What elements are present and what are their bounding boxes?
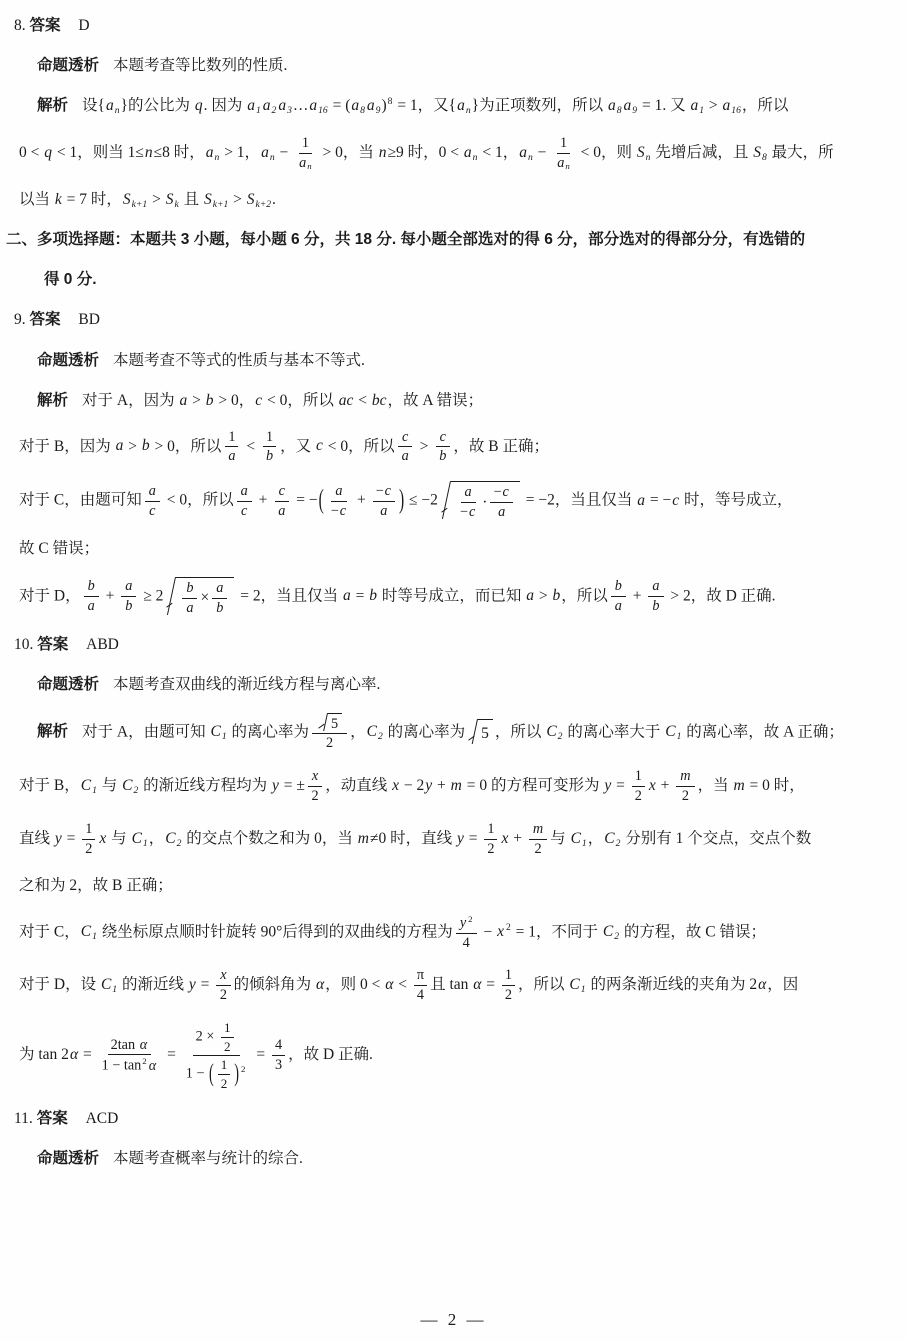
math-variable: b xyxy=(185,580,194,596)
text-run: = − xyxy=(646,492,671,509)
text-run: − xyxy=(534,144,551,161)
fraction: ca xyxy=(274,483,289,520)
text-run: = xyxy=(79,1046,96,1063)
fraction: 12 xyxy=(502,967,515,1004)
math-variable: C xyxy=(603,830,615,847)
radicand: ba × ab xyxy=(176,577,234,617)
text-run: 5 xyxy=(331,716,338,733)
text-run: 2 xyxy=(220,987,227,1003)
text-run: 的离心率，故 A 正确； xyxy=(682,723,843,740)
math-variable: a xyxy=(205,144,215,161)
math-variable: k xyxy=(54,191,63,208)
text-run: ACD xyxy=(82,1110,119,1127)
math-variable: a xyxy=(350,97,360,114)
q8-insight-line: 命题透析本题考查等比数列的性质. xyxy=(0,54,899,78)
math-variable: a xyxy=(246,97,256,114)
text-run: ABD xyxy=(82,636,119,653)
subscript: k+1 xyxy=(132,199,149,210)
math-variable: c xyxy=(384,483,392,499)
fraction: ac xyxy=(145,483,160,520)
bold-label: 答案 xyxy=(37,1110,68,1127)
q10-analysis-line-c: 对于 C，C1 绕坐标原点顺时针旋转 90°后得到的双曲线的方程为y24 − x… xyxy=(0,914,899,952)
text-run: 对于 A，因为 xyxy=(82,392,178,409)
fraction-denominator: a xyxy=(84,597,99,615)
fraction-numerator: 4 xyxy=(272,1037,285,1056)
math-variable: α xyxy=(757,976,767,993)
text-run: > xyxy=(124,437,141,454)
radical-sign-icon xyxy=(467,719,478,746)
text-run: − xyxy=(276,144,293,161)
fraction-denominator: 2 xyxy=(218,1075,231,1091)
math-variable: S xyxy=(122,191,132,208)
text-run: < 0，则 xyxy=(577,144,636,161)
math-variable: m xyxy=(450,777,463,794)
math-variable: C xyxy=(664,723,676,740)
fraction: 12 xyxy=(218,1057,231,1091)
text-run: 最大，所 xyxy=(768,144,834,161)
text-run: }的公比为 xyxy=(121,97,194,114)
fraction-numerator: a xyxy=(121,578,136,597)
fraction: ab xyxy=(212,580,227,617)
page-number: — 2 — xyxy=(0,1310,907,1330)
q8-answer-line: 8. 答案 D xyxy=(0,14,899,38)
math-variable: q xyxy=(43,144,53,161)
superscript: 2 xyxy=(505,922,512,933)
math-variable: n xyxy=(144,144,154,161)
math-variable: α xyxy=(139,1037,148,1053)
math-variable: C xyxy=(100,976,112,993)
math-variable: y xyxy=(456,830,465,847)
text-run: ， xyxy=(149,830,165,847)
text-run: 2 xyxy=(326,735,333,751)
fraction: ab xyxy=(648,578,663,615)
math-variable: a xyxy=(105,97,115,114)
math-variable: y xyxy=(459,915,467,931)
fraction-denominator: b xyxy=(262,447,277,465)
square-root: 5 xyxy=(467,719,493,746)
text-run: 时等号成立，而已知 xyxy=(378,587,525,604)
fraction: 12 xyxy=(221,1020,234,1054)
fraction-numerator: 1 xyxy=(557,135,570,154)
text-run: 的方程，故 C 错误； xyxy=(620,923,766,940)
fraction: 1b xyxy=(262,429,277,466)
math-variable: n xyxy=(378,144,388,161)
text-run: + xyxy=(509,830,526,847)
bold-label: 答案 xyxy=(30,311,61,328)
text-run: 本题考查双曲线的渐近线方程与离心率. xyxy=(113,676,380,693)
fraction-denominator: a xyxy=(398,447,413,465)
math-variable: a xyxy=(456,97,466,114)
text-run: 先增后减，且 xyxy=(651,144,752,161)
math-variable: α xyxy=(69,1046,79,1063)
fraction-numerator: x xyxy=(308,768,322,787)
fraction-denominator: a xyxy=(494,503,509,521)
text-run: 2 xyxy=(635,788,642,804)
text-run: 故 C 错误； xyxy=(19,540,99,557)
text-run: 对于 B， xyxy=(19,777,80,794)
math-variable: c xyxy=(468,504,476,520)
text-run: × xyxy=(200,586,209,610)
math-variable: q xyxy=(194,97,204,114)
fraction-denominator: b xyxy=(121,597,136,615)
text-run: 5 xyxy=(481,722,489,746)
subscript: 1 xyxy=(256,105,262,116)
math-variable: α xyxy=(315,976,325,993)
fraction-numerator: a xyxy=(145,483,160,502)
text-run: 与 xyxy=(550,830,569,847)
math-variable: S xyxy=(636,144,646,161)
math-variable: a xyxy=(636,492,646,509)
math-variable: S xyxy=(165,191,175,208)
text-run: = 1，又{ xyxy=(393,97,456,114)
math-variable: y xyxy=(271,777,280,794)
math-variable: b xyxy=(124,598,133,614)
math-variable: C xyxy=(131,830,143,847)
bold-label: 得 0 分. xyxy=(44,271,97,288)
text-run: 对于 B，因为 xyxy=(19,437,115,454)
fraction-denominator: 2 xyxy=(502,986,515,1004)
fraction-denominator: c xyxy=(145,502,159,520)
math-variable: a xyxy=(497,504,506,520)
q9-answer-line: 9. 答案 BD xyxy=(0,308,899,332)
math-variable: y xyxy=(54,830,63,847)
text-run: ，所以 xyxy=(495,723,545,740)
text-run: 2 × xyxy=(196,1028,218,1044)
bold-label: 解析 xyxy=(37,723,68,740)
text-run: > 0， xyxy=(214,392,254,409)
q10-analysis-line-d1: 对于 D，设 C1 的渐近线 y = x2的倾斜角为 α，则 0 < α < π… xyxy=(0,967,899,1004)
text-run: ，故 B 正确； xyxy=(453,437,549,454)
math-variable: C xyxy=(164,830,176,847)
math-variable: α xyxy=(472,976,482,993)
text-run: 2 xyxy=(312,788,319,804)
q8-analysis-line-1: 解析设{an}的公比为 q. 因为 a1a2a3…a16 = (a8a9)8 =… xyxy=(0,94,899,119)
text-run: 以当 xyxy=(19,191,54,208)
text-run: 与 xyxy=(98,777,121,794)
fraction-denominator: 3 xyxy=(272,1056,285,1074)
q11-answer-line: 11. 答案 ACD xyxy=(0,1107,899,1131)
text-run: = ( xyxy=(329,97,351,114)
fraction: 1a xyxy=(224,429,239,466)
subscript: 16 xyxy=(318,105,329,116)
text-run: 的渐近线方程均为 xyxy=(139,777,271,794)
square-root: ba × ab xyxy=(165,577,234,617)
math-variable: a xyxy=(518,144,528,161)
q10-analysis-line-b3: 之和为 2，故 B 正确； xyxy=(0,874,899,898)
fraction-numerator: x xyxy=(216,967,230,986)
math-variable: a xyxy=(525,587,535,604)
q8-analysis-line-3: 以当 k = 7 时，Sk+1 > Sk 且 Sk+1 > Sk+2. xyxy=(0,188,899,213)
math-variable: S xyxy=(246,191,256,208)
text-run: 1 xyxy=(635,768,642,784)
text-run: 2 xyxy=(224,1039,231,1054)
text-run: + xyxy=(102,587,119,604)
fraction-numerator: a xyxy=(237,483,252,502)
text-run: 1 xyxy=(266,429,273,445)
text-run: 2tan xyxy=(111,1037,139,1053)
radicand: 5 xyxy=(328,713,342,733)
fraction-numerator: b xyxy=(84,578,99,597)
text-run: 3 xyxy=(275,1057,282,1073)
superscript: 2 xyxy=(240,1064,246,1074)
fraction-denominator: an xyxy=(553,154,574,172)
fraction-numerator: 1 xyxy=(221,1020,234,1037)
math-variable: a xyxy=(651,578,660,594)
q10-analysis-line-a: 解析对于 A，由题可知 C1 的离心率为52，C2 的离心率为5，所以 C2 的… xyxy=(0,713,899,753)
text-run: 2 xyxy=(85,841,92,857)
text-run: ≥ 2 xyxy=(139,587,163,604)
text-run: − xyxy=(480,923,497,940)
math-variable: c xyxy=(339,503,347,519)
text-run: ，因 xyxy=(767,976,798,993)
math-variable: c xyxy=(671,492,680,509)
math-variable: a xyxy=(185,600,194,616)
text-run: 且 xyxy=(180,191,203,208)
fraction-numerator: 1 xyxy=(502,967,515,986)
math-variable: C xyxy=(366,723,378,740)
big-paren: ) xyxy=(399,479,404,522)
text-run: = 2，当且仅当 xyxy=(236,587,342,604)
math-variable: C xyxy=(570,830,582,847)
math-variable: C xyxy=(80,923,92,940)
text-run: 对于 C， xyxy=(19,923,80,940)
math-variable: a xyxy=(379,503,388,519)
text-run: < 1， xyxy=(478,144,518,161)
bold-label: 答案 xyxy=(30,17,61,34)
text-run: 时，等号成立， xyxy=(680,492,792,509)
text-run: − 2 xyxy=(400,777,424,794)
fraction-numerator: c xyxy=(436,429,450,448)
bold-label: 命题透析 xyxy=(37,352,99,369)
text-run: 对于 D，设 xyxy=(19,976,100,993)
math-variable: a xyxy=(115,437,125,454)
q11-insight-line: 命题透析本题考查概率与统计的综合. xyxy=(0,1147,899,1171)
math-variable: a xyxy=(722,97,732,114)
math-variable: α xyxy=(384,976,394,993)
math-variable: b xyxy=(265,448,274,464)
math-variable: b xyxy=(141,437,151,454)
fraction-denominator: 1 − (12)2 xyxy=(183,1056,250,1091)
math-variable: x xyxy=(648,777,657,794)
fraction-denominator: a xyxy=(182,599,197,617)
text-run: ≠0 时，直线 xyxy=(370,830,456,847)
math-variable: m xyxy=(679,768,691,784)
text-run: = − xyxy=(292,492,317,509)
math-variable: x xyxy=(311,768,319,784)
math-variable: C xyxy=(80,777,92,794)
text-run: 的离心率为 xyxy=(228,723,309,740)
math-variable: a xyxy=(240,483,249,499)
fraction: 1an xyxy=(553,135,574,172)
fraction-numerator: c xyxy=(275,483,289,502)
fraction-denominator: 2 xyxy=(82,840,95,858)
text-run: ≤8 时， xyxy=(154,144,205,161)
math-variable: ac xyxy=(338,392,355,409)
fraction-denominator: 2 xyxy=(531,840,544,858)
fraction: m2 xyxy=(529,821,547,858)
fraction-denominator: 2 xyxy=(309,787,322,805)
math-variable: a xyxy=(614,598,623,614)
fraction-numerator: a xyxy=(648,578,663,597)
subscript: n xyxy=(565,161,570,171)
math-variable: a xyxy=(215,580,224,596)
radicand: 5 xyxy=(478,719,493,746)
fraction-denominator: 4 xyxy=(460,934,473,952)
math-variable: b xyxy=(438,448,447,464)
fraction: cb xyxy=(435,429,450,466)
bold-label: 命题透析 xyxy=(37,676,99,693)
text-run: = 0 的方程可变形为 xyxy=(463,777,604,794)
math-variable: x xyxy=(98,830,107,847)
text-run: 之和为 2，故 B 正确； xyxy=(19,877,173,894)
fraction: ab xyxy=(121,578,136,615)
section-2-header-line-2: 得 0 分. xyxy=(0,268,899,292)
math-variable: b xyxy=(205,392,215,409)
bold-label: 命题透析 xyxy=(37,57,99,74)
math-variable: b xyxy=(614,578,623,594)
q9-analysis-line-c2: 故 C 错误； xyxy=(0,537,899,561)
text-run: + xyxy=(255,492,272,509)
math-variable: a xyxy=(277,503,286,519)
text-run: ) xyxy=(381,97,386,114)
text-run: 的离心率大于 xyxy=(563,723,664,740)
fraction: m2 xyxy=(676,768,694,805)
text-run: > xyxy=(148,191,165,208)
math-variable: x xyxy=(496,923,505,940)
text-run: < xyxy=(354,392,371,409)
text-run: ，所以 xyxy=(742,97,789,114)
fraction: 12 xyxy=(632,768,645,805)
text-run: < xyxy=(394,976,411,993)
square-root: 5 xyxy=(317,713,342,733)
math-variable: a xyxy=(298,155,307,171)
fraction: a−c xyxy=(457,484,479,521)
fraction-denominator: c xyxy=(237,502,251,520)
text-run: 本题考查等比数列的性质. xyxy=(113,57,287,74)
text-run: = xyxy=(252,1046,269,1063)
fraction: 12 xyxy=(82,821,95,858)
text-run: < xyxy=(242,437,259,454)
fraction: π4 xyxy=(414,967,427,1004)
fraction-denominator: a xyxy=(224,447,239,465)
text-run: = ± xyxy=(280,777,305,794)
math-variable: S xyxy=(752,144,762,161)
fraction: y24 xyxy=(456,914,477,952)
text-run: = 1，不同于 xyxy=(512,923,602,940)
text-run: ，则 0 < xyxy=(325,976,384,993)
fraction-numerator: 5 xyxy=(312,713,347,735)
math-variable: a xyxy=(463,144,473,161)
fraction-denominator: a xyxy=(376,502,391,520)
radicand: a−c · −ca xyxy=(451,481,520,521)
fraction-numerator: 2tan α xyxy=(108,1037,152,1056)
fraction-denominator: b xyxy=(648,597,663,615)
math-variable: a xyxy=(556,155,565,171)
text-run: ，所以 xyxy=(518,976,568,993)
math-variable: C xyxy=(209,723,221,740)
text-run: 1 xyxy=(560,135,567,151)
text-run: 11. xyxy=(14,1110,37,1127)
fraction-numerator: 1 xyxy=(225,429,238,448)
math-variable: C xyxy=(568,976,580,993)
math-variable: a xyxy=(260,144,270,161)
text-run: . 因为 xyxy=(204,97,247,114)
text-run: 2 xyxy=(682,788,689,804)
fraction-denominator: 2 xyxy=(632,787,645,805)
text-run: 0 < xyxy=(19,144,43,161)
math-variable: b xyxy=(651,598,660,614)
math-variable: a xyxy=(366,97,376,114)
text-run: + xyxy=(353,492,370,509)
text-run: 2 xyxy=(487,841,494,857)
fraction-numerator: a xyxy=(461,484,476,503)
math-variable: C xyxy=(121,777,133,794)
math-variable: a xyxy=(178,392,188,409)
fraction-numerator: −c xyxy=(490,484,512,503)
text-run: = xyxy=(63,830,80,847)
text-run: 对于 C，由题可知 xyxy=(19,492,142,509)
fraction: 1an xyxy=(295,135,316,172)
math-variable: a xyxy=(277,97,287,114)
math-variable: x xyxy=(391,777,400,794)
text-run: . xyxy=(272,191,276,208)
q10-analysis-line-b2: 直线 y = 12x 与 C1，C2 的交点个数之和为 0，当 m≠0 时，直线… xyxy=(0,821,899,858)
subscript: k+2 xyxy=(256,199,273,210)
text-run: < 0，所以 xyxy=(263,392,338,409)
math-variable: c xyxy=(240,503,248,519)
fraction: ca xyxy=(398,429,413,466)
text-run: · xyxy=(482,491,487,515)
text-run: 9. xyxy=(14,311,30,328)
text-run: 1 xyxy=(505,967,512,983)
text-run: > xyxy=(705,97,722,114)
fraction-denominator: −c xyxy=(328,502,350,520)
fraction-numerator: 1 xyxy=(632,768,645,787)
fraction: 2 × 121 − (12)2 xyxy=(183,1020,250,1091)
document-content: 8. 答案 D命题透析本题考查等比数列的性质.解析设{an}的公比为 q. 因为… xyxy=(0,0,907,1171)
fraction-denominator: 4 xyxy=(414,986,427,1004)
fraction-denominator: b xyxy=(435,447,450,465)
fraction-denominator: an xyxy=(295,154,316,172)
fraction-denominator: −c xyxy=(457,503,479,521)
fraction-numerator: π xyxy=(414,967,427,986)
math-variable: a xyxy=(124,578,133,594)
text-run: 本题考查不等式的性质与基本不等式. xyxy=(113,352,365,369)
text-run: > xyxy=(416,437,433,454)
math-variable: m xyxy=(732,777,745,794)
text-run: − xyxy=(493,484,501,500)
text-run: 1 xyxy=(85,821,92,837)
fraction: 12 xyxy=(484,821,497,858)
math-variable: c xyxy=(502,484,510,500)
q9-analysis-line-a: 解析对于 A，因为 a > b > 0，c < 0，所以 ac < bc，故 A… xyxy=(0,389,899,413)
bold-label: 二、多项选择题：本题共 3 小题，每小题 6 分，共 18 分. 每小题全部选对… xyxy=(6,231,805,248)
math-variable: a xyxy=(623,97,633,114)
fraction-denominator: 2 xyxy=(217,986,230,1004)
math-variable: b xyxy=(551,587,561,604)
text-run: + xyxy=(657,777,674,794)
fraction-numerator: 1 xyxy=(218,1057,231,1074)
section-2-header-line-1: 二、多项选择题：本题共 3 小题，每小题 6 分，共 18 分. 每小题全部选对… xyxy=(0,228,899,252)
text-run: 1 xyxy=(228,429,235,445)
math-variable: C xyxy=(545,723,557,740)
big-paren: ( xyxy=(209,1059,214,1089)
fraction: ba xyxy=(84,578,99,615)
bold-label: 答案 xyxy=(37,636,68,653)
fraction: −ca xyxy=(373,483,395,520)
text-run: 2 xyxy=(221,1076,228,1091)
q10-analysis-line-b1: 对于 B，C1 与 C2 的渐近线方程均为 y = ±x2，动直线 x − 2y… xyxy=(0,768,899,805)
